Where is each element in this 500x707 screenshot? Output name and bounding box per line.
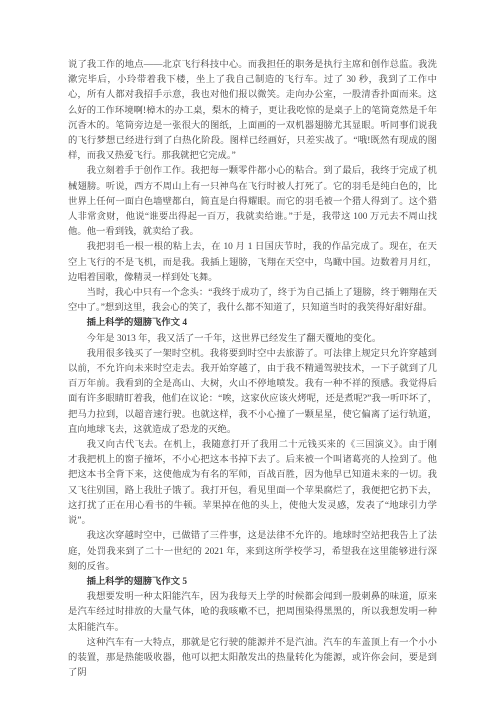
paragraph: 我又向古代飞去。在机上，我随意打开了我用二十元钱买来的《三国演义》。由于刚才我把… xyxy=(68,438,437,529)
paragraph: 我把羽毛一根一根的粘上去，在 10 月 1 日国庆节时，我的作品完成了。现在，在… xyxy=(68,240,437,286)
paragraph: 我立刻着手于创作工作。我把每一颗零件都小心的粘合。到了最后，我终于完成了机械翅膀… xyxy=(68,164,437,240)
paragraph: 我用很多钱买了一架时空机。我将要到时空中去旅游了。可法律上规定只允许穿越到以前，… xyxy=(68,347,437,438)
section-heading-essay-5: 插上科学的翅膀飞作文 5 xyxy=(68,575,437,590)
paragraph: 这种汽车有一大特点，那就是它行驶的能源并不是汽油。汽车的车盖顶上有一个小小的装置… xyxy=(68,636,437,682)
section-heading-essay-4: 插上科学的翅膀飞作文 4 xyxy=(68,316,437,331)
paragraph: 今年是 3013 年，我又活了一千年，这世界已经发生了翻天覆地的变化。 xyxy=(68,332,437,347)
document-page: { "page": { "background": "#ffffff", "te… xyxy=(0,0,500,707)
paragraph: 我想要发明一种太阳能汽车，因为我每天上学的时候都会闻到一股刺鼻的味道，原来是汽车… xyxy=(68,590,437,636)
essay-text-body: 说了我工作的地点——北京飞行科技中心。而我担任的职务是执行主席和创作总监。我洗漱… xyxy=(68,58,437,681)
paragraph: 我这次穿越时空中，已做错了三件事，这是法律不允许的。地球时空站把我告上了法庭，处… xyxy=(68,529,437,575)
paragraph: 当时，我心中只有一个念头：“我终于成功了，终于为自己插上了翅膀，终于翱翔在天空中… xyxy=(68,286,437,316)
paragraph: 说了我工作的地点——北京飞行科技中心。而我担任的职务是执行主席和创作总监。我洗漱… xyxy=(68,58,437,164)
